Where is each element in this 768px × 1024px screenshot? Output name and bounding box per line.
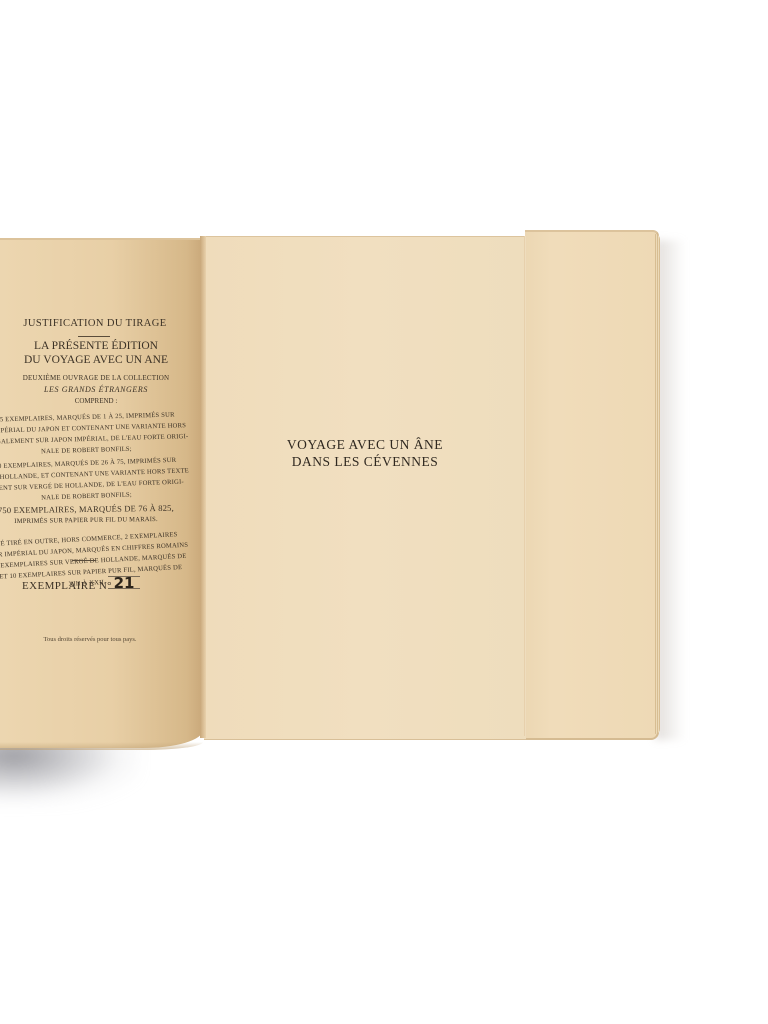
divider [78, 336, 110, 337]
collection-name: LES GRANDS ÉTRANGERS [0, 385, 192, 394]
justification-heading: JUSTIFICATION DU TIRAGE [0, 318, 190, 329]
right-page [204, 236, 526, 740]
book-gutter [200, 236, 206, 738]
folded-flyleaf [525, 230, 659, 740]
collection-line-1: DEUXIÈME OUVRAGE DE LA COLLECTION [0, 374, 192, 382]
title-line-2: DANS LES CÉVENNES [204, 453, 526, 470]
rights-notice: Tous droits réservés pour tous pays. [0, 636, 180, 643]
print-run-paragraph-2: 50 EXEMPLAIRES, MARQUÉS DE 26 À 75, IMPR… [0, 454, 203, 506]
exemplaire-number: 21 [108, 576, 140, 589]
title-line-1: VOYAGE AVEC UN ÂNE [204, 436, 526, 453]
comprend-label: COMPREND : [0, 397, 192, 405]
edition-line-2: DU VOYAGE AVEC UN ANE [0, 354, 192, 366]
edition-line-1: LA PRÉSENTE ÉDITION [0, 340, 192, 352]
half-title: VOYAGE AVEC UN ÂNE DANS LES CÉVENNES [204, 436, 526, 470]
flyleaf-fold [524, 236, 526, 736]
text-line: IMPRIMÉS SUR PAPIER PUR FIL DU MARAIS. [0, 513, 202, 527]
exemplaire-label: EXEMPLAIRE N° [22, 580, 112, 592]
print-run-paragraph-3: 750 EXEMPLAIRES, MARQUÉS DE 76 À 825, IM… [0, 502, 202, 527]
left-page: JUSTIFICATION DU TIRAGE LA PRÉSENTE ÉDIT… [0, 238, 203, 748]
print-run-paragraph-1: 25 EXEMPLAIRES, MARQUÉS DE 1 À 25, IMPRI… [0, 409, 203, 459]
page-block-edges [655, 234, 660, 734]
divider [72, 560, 96, 561]
